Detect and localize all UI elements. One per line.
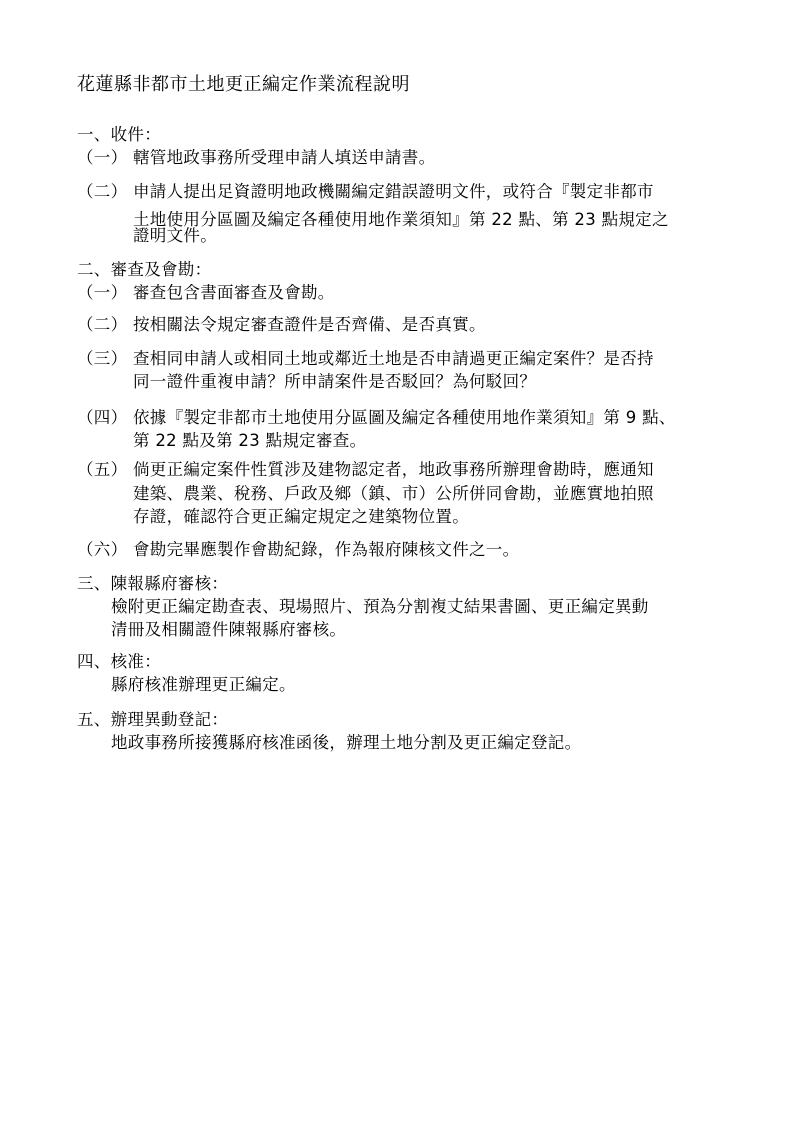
item-marker: （六） — [77, 540, 127, 560]
item-text: 會勘完畢應製作會勘紀錄，作為報府陳核文件之一。 — [133, 540, 519, 560]
section-heading: 三、陳報縣府審核： — [77, 574, 228, 594]
item-text: 依據『製定非都市土地使用分區圖及編定各種使用地作業須知』第 9 點、 — [133, 408, 676, 428]
item-text: 倘更正編定案件性質涉及建物認定者，地政事務所辦理會勘時，應通知 — [133, 460, 654, 480]
item-marker: （五） — [77, 460, 127, 480]
document-title: 花蓮縣非都市土地更正編定作業流程說明 — [77, 75, 410, 95]
item-text: 轄管地政事務所受理申請人填送申請書。 — [133, 148, 435, 168]
section-body: 檢附更正編定勘查表、現場照片、預為分割複丈結果書圖、更正編定異動 — [111, 597, 649, 617]
item-marker: （一） — [77, 148, 127, 168]
item-text: 證明文件。 — [133, 226, 217, 246]
section-body: 縣府核准辦理更正編定。 — [111, 675, 296, 695]
section-heading: 四、核准： — [77, 652, 161, 672]
section-heading: 二、審查及會勘： — [77, 260, 211, 280]
item-text: 按相關法令規定審查證件是否齊備、是否真實。 — [133, 315, 486, 335]
item-marker: （四） — [77, 408, 127, 428]
section-heading: 一、收件： — [77, 125, 161, 145]
item-marker: （二） — [77, 182, 127, 202]
item-marker: （一） — [77, 283, 127, 303]
item-marker: （二） — [77, 315, 127, 335]
item-text: 存證，確認符合更正編定規定之建築物位置。 — [133, 507, 469, 527]
item-text: 建築、農業、稅務、戶政及鄉（鎮、市）公所併同會勘，並應實地拍照 — [133, 484, 654, 504]
item-text: 第 22 點及第 23 點規定審查。 — [133, 431, 366, 451]
item-text: 查相同申請人或相同土地或鄰近土地是否申請過更正編定案件？是否持 — [133, 349, 654, 369]
item-text: 申請人提出足資證明地政機關編定錯誤證明文件，或符合『製定非都市 — [133, 182, 654, 202]
item-text: 審查包含書面審查及會勘。 — [133, 283, 335, 303]
item-text: 同一證件重複申請？所申請案件是否駁回？為何駁回？ — [133, 372, 536, 392]
item-marker: （三） — [77, 349, 127, 369]
section-heading: 五、辦理異動登記： — [77, 710, 228, 730]
section-body: 清冊及相關證件陳報縣府審核。 — [111, 620, 346, 640]
section-body: 地政事務所接獲縣府核准函後，辦理土地分割及更正編定登記。 — [111, 733, 581, 753]
